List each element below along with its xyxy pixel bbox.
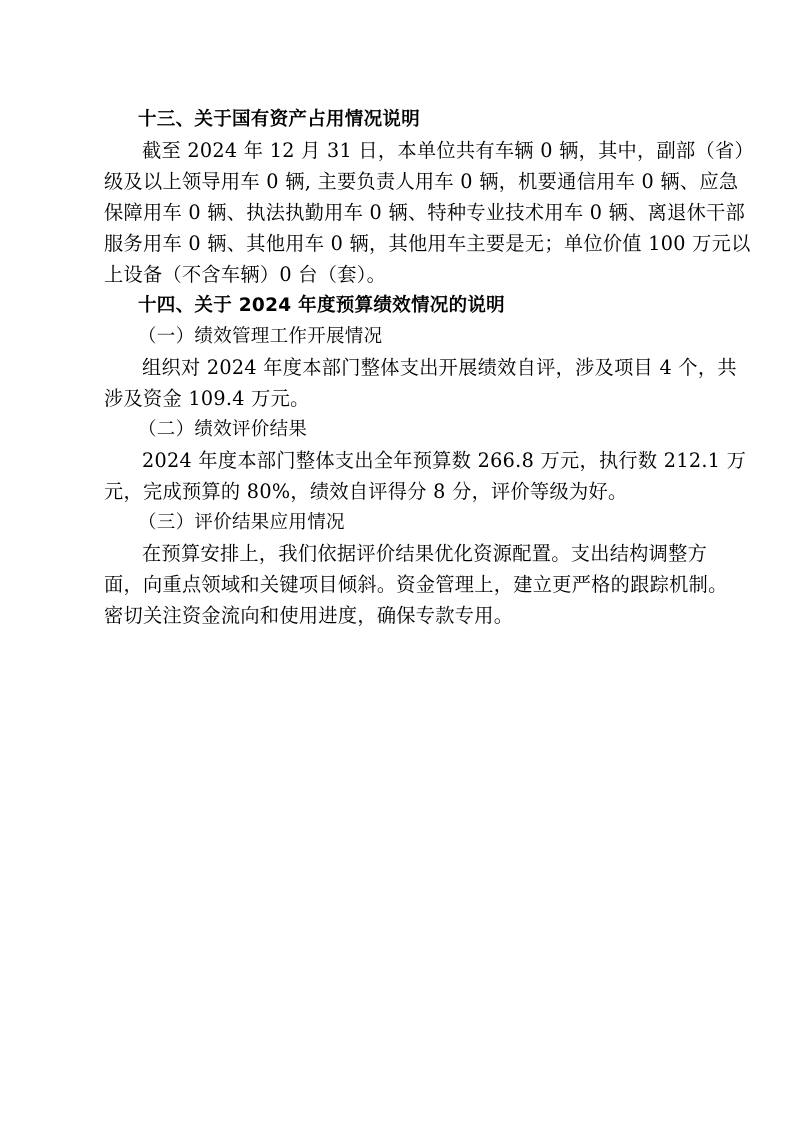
paragraph-evaluation-result: 2024 年度本部门整体支出全年预算数 266.8 万元，执行数 212.1 万… — [104, 445, 696, 507]
section-heading-14: 十四、关于 2024 年度预算绩效情况的说明 — [104, 290, 696, 321]
paragraph-line: 涉及资金 109.4 万元。 — [104, 383, 696, 414]
paragraph-performance-management: 组织对 2024 年度本部门整体支出开展绩效自评，涉及项目 4 个，共 涉及资金… — [104, 352, 696, 414]
paragraph-line: 元，完成预算的 80%，绩效自评得分 8 分，评价等级为好。 — [104, 476, 696, 507]
paragraph-line: 在预算安排上，我们依据评价结果优化资源配置。支出结构调整方 — [104, 538, 696, 569]
subsection-heading-3: （三）评价结果应用情况 — [104, 507, 696, 538]
paragraph-line: 2024 年度本部门整体支出全年预算数 266.8 万元，执行数 212.1 万 — [104, 445, 696, 476]
document-page: 十三、关于国有资产占用情况说明 截至 2024 年 12 月 31 日，本单位共… — [104, 104, 696, 631]
paragraph-line: 保障用车 0 辆、执法执勤用车 0 辆、特种专业技术用车 0 辆、离退休干部 — [104, 197, 696, 228]
paragraph-result-application: 在预算安排上，我们依据评价结果优化资源配置。支出结构调整方 面，向重点领域和关键… — [104, 538, 696, 631]
subsection-heading-2: （二）绩效评价结果 — [104, 414, 696, 445]
paragraph-line: 截至 2024 年 12 月 31 日，本单位共有车辆 0 辆，其中，副部（省） — [104, 135, 696, 166]
section-heading-13: 十三、关于国有资产占用情况说明 — [104, 104, 696, 135]
subsection-heading-1: （一）绩效管理工作开展情况 — [104, 321, 696, 352]
paragraph-line: 服务用车 0 辆、其他用车 0 辆，其他用车主要是无；单位价值 100 万元以 — [104, 228, 696, 259]
paragraph-line: 面，向重点领域和关键项目倾斜。资金管理上，建立更严格的跟踪机制。 — [104, 569, 696, 600]
paragraph-line: 组织对 2024 年度本部门整体支出开展绩效自评，涉及项目 4 个，共 — [104, 352, 696, 383]
paragraph-line: 密切关注资金流向和使用进度，确保专款专用。 — [104, 600, 696, 631]
paragraph-line: 级及以上领导用车 0 辆, 主要负责人用车 0 辆，机要通信用车 0 辆、应急 — [104, 166, 696, 197]
paragraph-line: 上设备（不含车辆）0 台（套）。 — [104, 259, 696, 290]
paragraph-asset-usage: 截至 2024 年 12 月 31 日，本单位共有车辆 0 辆，其中，副部（省）… — [104, 135, 696, 290]
